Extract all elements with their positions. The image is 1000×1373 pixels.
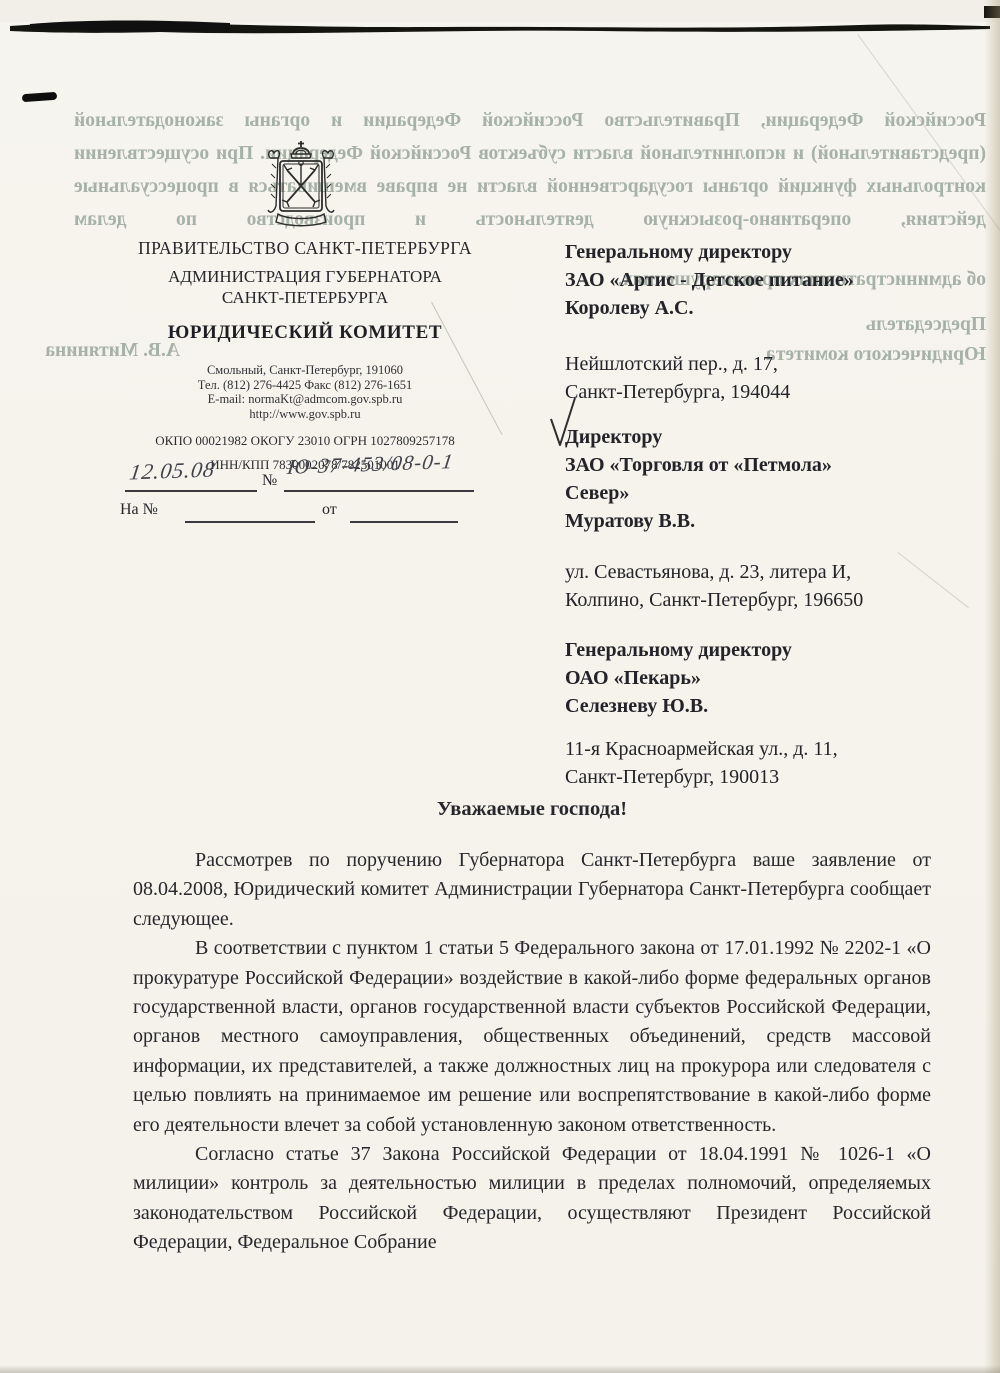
government-title: ПРАВИТЕЛЬСТВО САНКТ-ПЕТЕРБУРГА — [100, 238, 510, 259]
handwritten-date: 12.05.08 — [130, 458, 215, 484]
on-number-label: На № — [120, 501, 158, 519]
recipient-2-title-block: Директору ЗАО «Торговля от «Петмола» Сев… — [565, 423, 975, 535]
from-blank-line — [350, 521, 458, 523]
email: E-mail: normaKt@admcom.gov.spb.ru — [100, 392, 510, 407]
recipient-2-address: ул. Севастьянова, д. 23, литера И, Колпи… — [565, 558, 975, 614]
scan-right-shadow — [984, 0, 1000, 1373]
handwritten-outgoing-number: Ю-37-453/08-0-1 — [288, 452, 453, 477]
administration-title: АДМИНИСТРАЦИЯ ГУБЕРНАТОРА САНКТ-ПЕТЕРБУР… — [100, 266, 510, 308]
date-blank-line — [125, 490, 257, 492]
recipient-1-title-block: Генеральному директору ЗАО «Артис - Детс… — [565, 238, 975, 322]
committee-title: ЮРИДИЧЕСКИЙ КОМИТЕТ — [100, 322, 510, 344]
paragraph: Согласно статье 37 Закона Российской Фед… — [133, 1140, 931, 1258]
body-paragraphs: Рассмотрев по поручению Губернатора Санк… — [133, 846, 931, 1258]
recipient-3-title-block: Генеральному директору ОАО «Пекарь» Селе… — [565, 636, 975, 720]
from-label: от — [322, 501, 337, 519]
paper-crease — [857, 34, 1000, 237]
salutation: Уважаемые господа! — [133, 798, 931, 821]
saint-petersburg-coat-of-arms-icon — [250, 134, 352, 238]
paragraph: Рассмотрев по поручению Губернатора Санк… — [133, 846, 931, 934]
scan-bottom-shadow — [0, 1365, 1000, 1373]
letterhead: ПРАВИТЕЛЬСТВО САНКТ-ПЕТЕРБУРГА АДМИНИСТР… — [100, 238, 510, 473]
scan-edge-artifact — [0, 14, 1000, 54]
paragraph: В соответствии с пунктом 1 статьи 5 Феде… — [133, 934, 931, 1140]
contact-block: Смольный, Санкт-Петербург, 191060 Тел. (… — [100, 363, 510, 421]
pen-mark — [22, 92, 57, 102]
scanned-letter-page: Российской Федерации, Правительство Росс… — [0, 0, 1000, 1373]
bleed-paragraph: Российской Федерации, Правительство Росс… — [74, 104, 986, 236]
phone-fax: Тел. (812) 276-4425 Факс (812) 276-1651 — [100, 378, 510, 393]
recipient-3-address: 11-я Красноармейская ул., д. 11, Санкт-П… — [565, 735, 975, 791]
on-number-blank-line — [185, 521, 315, 523]
registration-codes: ОКПО 00021982 ОКОГУ 23010 ОГРН 102780925… — [100, 433, 510, 449]
letter-body: Уважаемые господа! Рассмотрев по поручен… — [133, 798, 931, 1258]
postal-address: Смольный, Санкт-Петербург, 191060 — [100, 363, 510, 378]
website: http://www.gov.spb.ru — [100, 407, 510, 422]
number-blank-line — [284, 490, 474, 492]
recipient-1-address: Нейшлотский пер., д. 17, Санкт-Петербург… — [565, 350, 975, 406]
number-label: № — [262, 472, 277, 490]
